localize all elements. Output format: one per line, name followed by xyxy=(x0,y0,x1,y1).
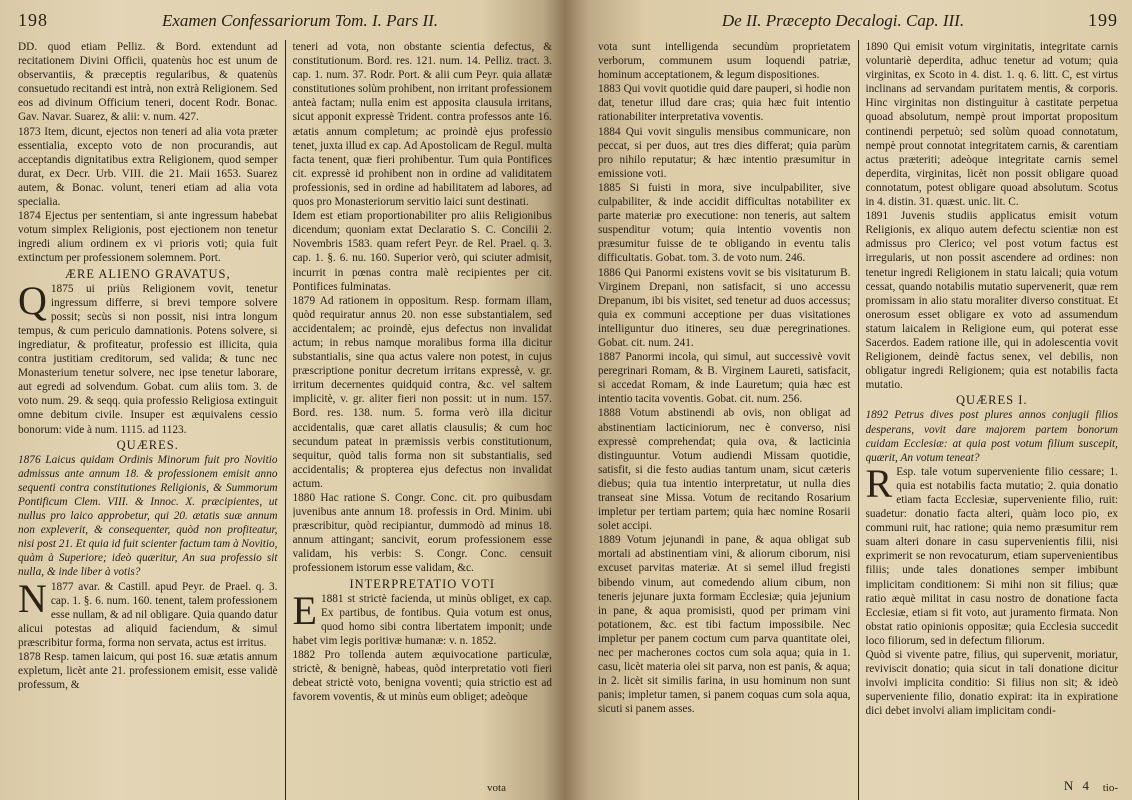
paragraph: DD. quod etiam Pelliz. & Bord. extendunt… xyxy=(18,40,278,125)
paragraph-1892: 1892 Petrus dives post plures annos conj… xyxy=(866,408,1119,464)
column-rule xyxy=(285,40,286,800)
paragraph: teneri ad vota, non obstante scientia de… xyxy=(293,40,553,209)
paragraph: 1889 Votum jejunandi in pane, & aqua obl… xyxy=(598,533,851,716)
paragraph-number: 1877 xyxy=(51,581,74,593)
paragraph-number: 1875 xyxy=(51,283,74,295)
section-heading: INTERPRETATIO VOTI xyxy=(293,577,553,591)
paragraph: 1874 Ejectus per sententiam, si ante ing… xyxy=(18,209,278,265)
paragraph-text: Esp. tale votum superveniente filio cess… xyxy=(866,466,1119,647)
paragraph: 1888 Votum abstinendi ab ovis, non oblig… xyxy=(598,406,851,533)
drop-cap: Q xyxy=(18,284,47,318)
catchword: vota xyxy=(487,782,506,794)
left-page: 198 Examen Confessariorum Tom. I. Pars I… xyxy=(0,0,566,800)
paragraph: Quòd si vivente patre, filius, qui super… xyxy=(866,648,1119,718)
paragraph: 1879 Ad rationem in oppositum. Resp. for… xyxy=(293,294,553,491)
paragraph-1882: 1882 Pro tollenda autem æquivocatione pa… xyxy=(293,648,553,704)
paragraph: 1890 Qui emisit votum virginitatis, inte… xyxy=(866,40,1119,209)
paragraph-1876: 1876 Laicus quidam Ordinis Minorum fuit … xyxy=(18,453,278,580)
right-column-2: 1890 Qui emisit votum virginitatis, inte… xyxy=(866,40,1119,800)
paragraph-1878: 1878 Resp. tamen laicum, qui post 16. su… xyxy=(18,650,278,692)
book-spread: 198 Examen Confessariorum Tom. I. Pars I… xyxy=(0,0,1132,800)
paragraph: 1883 Qui vovit quotidie quid dare pauper… xyxy=(598,82,851,124)
paragraph-1875: 1875 Qui priùs Religionem vovit, tenetur… xyxy=(18,282,278,437)
paragraph-text: ui priùs Religionem vovit, tenetur ingre… xyxy=(18,283,278,436)
drop-cap: E xyxy=(293,594,317,628)
running-head: Examen Confessariorum Tom. I. Pars II. xyxy=(48,11,552,31)
response-paragraph: REsp. tale votum superveniente filio ces… xyxy=(866,465,1119,648)
section-heading: QUÆRES. xyxy=(18,438,278,452)
paragraph: Idem est etiam proportionabiliter pro al… xyxy=(293,209,553,294)
paragraph: 1880 Hac ratione S. Congr. Conc. cit. pr… xyxy=(293,491,553,576)
page-header: De II. Præcepto Decalogi. Cap. III. 199 xyxy=(598,10,1118,34)
running-head: De II. Præcepto Decalogi. Cap. III. xyxy=(598,11,1088,31)
paragraph: 1884 Qui vovit singulis mensibus communi… xyxy=(598,125,851,181)
paragraph-1877: 1877 Navar. & Castill. apud Peyr. de Pra… xyxy=(18,580,278,650)
paragraph: 1891 Juvenis studiis applicatus emisit v… xyxy=(866,209,1119,392)
paragraph-number: 1881 xyxy=(321,593,344,605)
column-rule xyxy=(858,40,859,800)
section-heading: QUÆRES I. xyxy=(866,393,1119,407)
drop-cap: R xyxy=(866,467,893,501)
section-heading: ÆRE ALIENO GRAVATUS, xyxy=(18,267,278,281)
page-header: 198 Examen Confessariorum Tom. I. Pars I… xyxy=(18,10,552,34)
page-number: 199 xyxy=(1088,10,1118,31)
paragraph: 1885 Si fuisti in mora, sive inculpabili… xyxy=(598,181,851,266)
signature-mark: N 4 xyxy=(1064,778,1092,794)
paragraph: 1886 Qui Panormi existens vovit se bis v… xyxy=(598,266,851,351)
paragraph-1881: 1881 Est strictè facienda, ut minùs obli… xyxy=(293,592,553,648)
drop-cap: N xyxy=(18,582,47,616)
left-column-1: DD. quod etiam Pelliz. & Bord. extendunt… xyxy=(18,40,278,800)
catchword: tio- xyxy=(1103,782,1118,794)
right-page: De II. Præcepto Decalogi. Cap. III. 199 … xyxy=(566,0,1132,800)
paragraph: 1887 Panormi incola, qui simul, aut succ… xyxy=(598,350,851,406)
paragraph: vota sunt intelligenda secundùm propriet… xyxy=(598,40,851,82)
page-number: 198 xyxy=(18,10,48,31)
paragraph: 1873 Item, dicunt, ejectos non teneri ad… xyxy=(18,125,278,210)
left-column-2: teneri ad vota, non obstante scientia de… xyxy=(293,40,553,800)
right-column-1: vota sunt intelligenda secundùm propriet… xyxy=(598,40,851,800)
